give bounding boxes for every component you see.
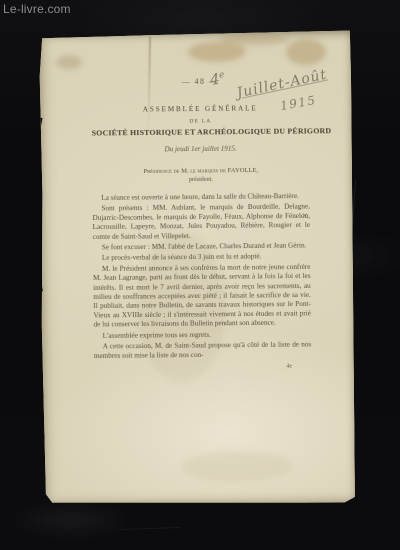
heading-society-name: SOCIÉTÉ HISTORIQUE ET ARCHÉOLOGIQUE DU P… — [92, 127, 310, 137]
printed-text-block: — 48 — ASSEMBLÉE GÉNÉRALE DE LA SOCIÉTÉ … — [91, 77, 311, 371]
body-paragraph: Sont présents : MM. Aublant, le marquis … — [92, 202, 310, 241]
body-paragraph: Se font excuser : MM. l'abbé de Lacaze, … — [93, 241, 311, 252]
body-paragraph: L'assemblée exprime tous ses regrets. — [94, 329, 312, 340]
heading-de-la: DE LA — [92, 116, 310, 125]
heading-assemblee: ASSEMBLÉE GÉNÉRALE — [91, 105, 309, 115]
presidency-title: président. — [92, 174, 310, 183]
handwritten-issue-number: 4e — [209, 69, 226, 89]
paper-stain — [220, 33, 290, 46]
site-watermark: Le-livre.com — [3, 2, 71, 16]
paper-stain — [182, 451, 292, 482]
session-date: Du jeudi 1er juillet 1915. — [92, 144, 310, 154]
body-paragraph: A cette occasion, M. de Saint-Saud propo… — [94, 340, 312, 361]
presidency-line: Présidence de M. le marquis de FAYOLLE, — [92, 165, 310, 175]
body-paragraph: La séance est ouverte à une heure, dans … — [92, 192, 310, 203]
body-paragraph: Le procès-verbal de la séance du 3 juin … — [93, 252, 311, 263]
minutes-body: La séance est ouverte à une heure, dans … — [92, 192, 311, 361]
signature-mark: 4e — [94, 362, 312, 371]
body-paragraph: M. le Président annonce à ses confrères … — [93, 263, 311, 330]
paper-stain — [56, 55, 82, 69]
paper-stain — [286, 39, 326, 65]
